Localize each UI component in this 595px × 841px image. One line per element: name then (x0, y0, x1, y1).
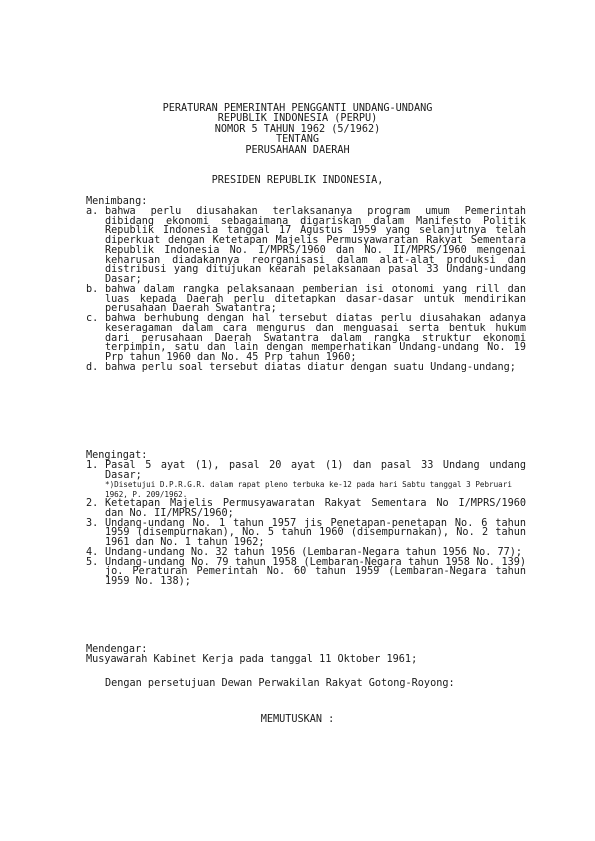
menimbang-item: b. bahwa dalam rangka pelaksanaan pember… (86, 285, 526, 314)
item-text: bahwa dalam rangka pelaksanaan pemberian… (105, 285, 526, 314)
item-text: bahwa perlu diusahakan terlaksananya pro… (105, 207, 526, 285)
mendengar-text: Musyawarah Kabinet Kerja pada tanggal 11… (86, 655, 526, 665)
persetujuan-text: Dengan persetujuan Dewan Perwakilan Raky… (105, 678, 455, 689)
footnote: *)Disetujui D.P.R.G.R. dalam rapat pleno… (86, 480, 526, 499)
item-marker: a. (86, 207, 105, 285)
item-marker: 3. (86, 519, 105, 548)
document-title: PERATURAN PEMERINTAH PENGGANTI UNDANG-UN… (0, 104, 595, 156)
title-line: PERUSAHAAN DAERAH (0, 146, 595, 156)
item-text: Ketetapan Majelis Permusyawaratan Rakyat… (105, 499, 526, 519)
menimbang-item: c. bahwa berhubung dengan hal tersebut d… (86, 314, 526, 363)
item-marker: b. (86, 285, 105, 314)
item-marker: 2. (86, 499, 105, 519)
item-marker: c. (86, 314, 105, 363)
menimbang-item: d. bahwa perlu soal tersebut diatas diat… (86, 363, 526, 373)
mengingat-item: 2. Ketetapan Majelis Permusyawaratan Rak… (86, 499, 526, 519)
memutuskan-heading: MEMUTUSKAN : (0, 714, 595, 725)
item-text: Undang-undang No. 79 tahun 1958 (Lembara… (105, 558, 526, 587)
mengingat-section: Mengingat: 1. Pasal 5 ayat (1), pasal 20… (86, 451, 526, 587)
item-text: bahwa berhubung dengan hal tersebut diat… (105, 314, 526, 363)
item-text: bahwa perlu soal tersebut diatas diatur … (105, 363, 526, 373)
document-page: PERATURAN PEMERINTAH PENGGANTI UNDANG-UN… (0, 0, 595, 841)
mendengar-section: Mendengar: Musyawarah Kabinet Kerja pada… (86, 645, 526, 665)
president-heading: PRESIDEN REPUBLIK INDONESIA, (0, 175, 595, 186)
item-text: Undang-undang No. 1 tahun 1957 jis Penet… (105, 519, 526, 548)
menimbang-section: Menimbang: a. bahwa perlu diusahakan ter… (86, 197, 526, 373)
item-marker: 5. (86, 558, 105, 587)
item-text: Pasal 5 ayat (1), pasal 20 ayat (1) dan … (105, 461, 526, 481)
mengingat-item: 1. Pasal 5 ayat (1), pasal 20 ayat (1) d… (86, 461, 526, 481)
item-marker: 1. (86, 461, 105, 481)
menimbang-item: a. bahwa perlu diusahakan terlaksananya … (86, 207, 526, 285)
item-marker: d. (86, 363, 105, 373)
mengingat-item: 3. Undang-undang No. 1 tahun 1957 jis Pe… (86, 519, 526, 548)
mengingat-item: 5. Undang-undang No. 79 tahun 1958 (Lemb… (86, 558, 526, 587)
